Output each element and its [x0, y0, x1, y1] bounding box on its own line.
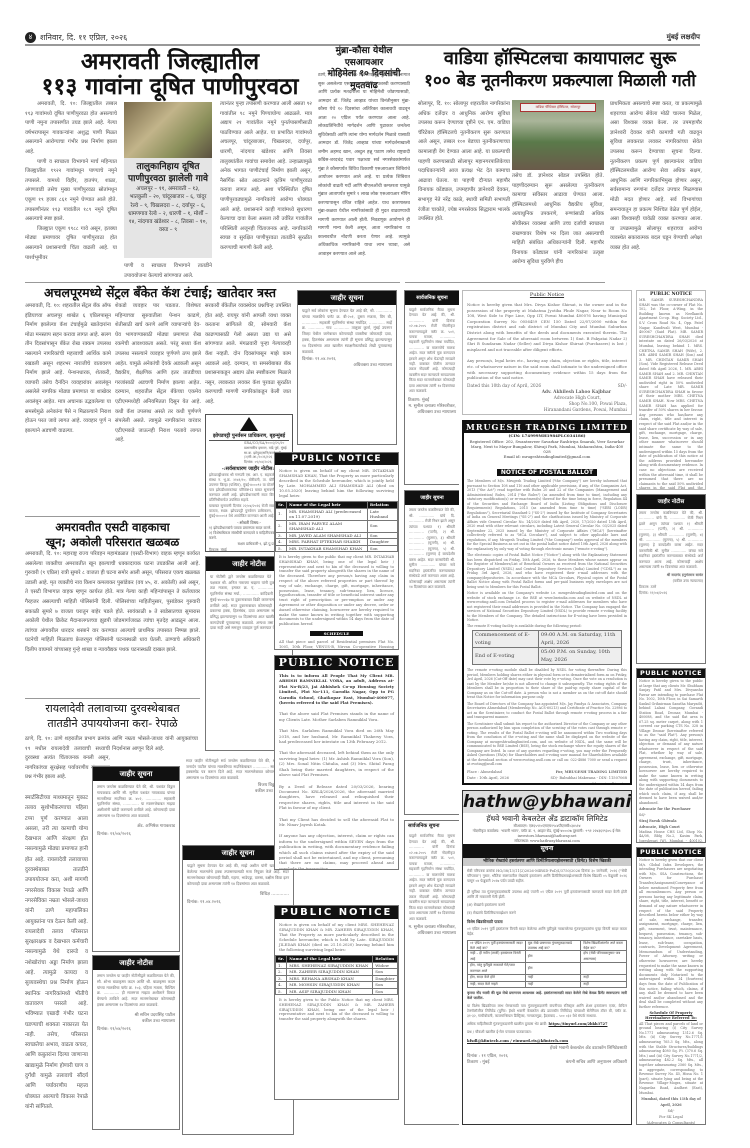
notice-title: जाहीर सूचना [93, 767, 179, 781]
lead-col1: अमरावती, दि. १०: जिल्ह्यातील तब्बल ११३ ग… [25, 100, 117, 275]
notice-title: PUBLIC NOTICE [637, 669, 705, 678]
notice-body: Notice is hereby given to the public at … [637, 678, 705, 806]
hathway-para: या विशेष खिडकीच्या लाभ घेण्यासाठी पात्र … [463, 1004, 631, 1022]
table-row: 2.MR. ZAHEER SIRAJUDDIN KHANSon [276, 969, 398, 976]
table-row: 5.MR. INTAKHAB SHAMSHAD KHANSon [276, 545, 398, 552]
hospital-photo: वाडिया चॅरिटेबल हॉस्पिटल, सोलापूर [512, 100, 604, 170]
jahir-notice-right: जाहीर नोटीस तमाम जनतेस कळविण्यात येते की… [636, 494, 706, 664]
caption-body: अचलपूर – ११, अमरावती – १३, भातकुली – २०,… [127, 185, 209, 235]
evoting-period-table: Commencement of E-voting09:00 A.M. on Sa… [472, 630, 622, 665]
hospital-signboard: वाडिया चॅरिटेबल हॉस्पिटल, सोलापूर [520, 103, 596, 112]
jahir-suchana-col5-bottom: जाहीर सूचना तमाम जनतेस कळविण्यात येते की… [404, 490, 459, 815]
mrugesh-postal-ballot: MRUGESH TRADING LIMITED (CIN: L74999MH19… [462, 420, 632, 785]
page-date: शनिवार, दि. ११ एप्रिल, २०२६ [40, 32, 127, 43]
notice-body: याद्वारे सार्वजनिक रीत्या सूचना देण्यात … [405, 831, 459, 925]
notice-body: याद्वारे सार्वजनिक रीत्या सूचना देण्यात … [405, 305, 459, 398]
table-row: 4.MR. MOHSIN SIRAJUDDIN KHANSon [276, 982, 398, 989]
hathway-option: (अ) रोख्यांचे हस्तांतरण करणे [463, 903, 631, 911]
schedule-title: Schedule Of Property Hereinabove Referre… [637, 1011, 705, 1021]
mumbra-headline-line1: मुंब्रा-कौसा येथील एसआयआर [318, 46, 410, 69]
notice-body: तमाम जनतेस या जाहीर नोटीसीद्वारे कळविण्य… [93, 970, 179, 1011]
notice-body: It is hereby given to the Public Notice … [275, 995, 398, 1025]
notice-signatory: विधिज्ञ ............. [183, 890, 293, 900]
caption-title: तालुकानिहाय दूषित पाणीपुरवठा झालेली गावे [127, 161, 209, 185]
hathway-notice: hathw@ybhawani हॅथवे भवानी केबलटेल अँड ड… [462, 790, 632, 1125]
achalpur-col1: अमरावती, दि. १०: शहरातील सेंट्रल बँक ऑफ … [25, 302, 111, 494]
postal-ballot-title-wrap: NOTICE OF POSTAL BALLOT [464, 459, 630, 478]
notice-title: PUBLIC NOTICE [637, 291, 705, 298]
notice-title: जाहीर नोटीस [637, 495, 705, 509]
hathway-footer: दिनांक : ११ एप्रिल, २०२६ ठिकाण : मुंबई क… [463, 1052, 631, 1068]
table-row: End of E-voting05:00 P.M. on Sunday, 10t… [473, 648, 622, 665]
notice-body: याद्वारे सर्व लोकांना सूचना देण्यात येत … [298, 305, 396, 357]
table-row: 5.MR. ASIF SIRAJUDDIN KHANSon [276, 988, 398, 995]
rayladevi-body: स्मार्टसिटीच्या माध्यमातून मुकाट तलाव सु… [25, 793, 88, 1133]
hathway-para: कृपया नोंद घ्यावी की मूळ रोखे प्रमाणपत्र… [463, 988, 631, 1004]
notice-signatory: अधिवक्ता उच्च न्यायालय [298, 363, 396, 369]
notice-date: दिनांक: ११/०४/२०२६ [93, 832, 179, 838]
achalpur-col3: सरकारी बँकेतील व्यवस्थेवर प्रश्नचिन्ह उप… [205, 302, 291, 412]
ballot-period-intro: The remote E-voting facility is availabl… [464, 624, 630, 629]
achalpur-col2: शेकडो व्यवहार पार पडतात. विशेषतः महिन्या… [115, 302, 201, 494]
jahir-suchana-left: जाहीर सूचना तमाम जनतेस कळविण्यात येते की… [92, 766, 180, 952]
lead-headline-line1: अमरावती जिल्ह्यातील [25, 50, 315, 75]
notice-address: Madina House CHS Ltd, Shop No. 4A/08, Bl… [637, 830, 705, 843]
notice-para: Notice is hereby given that Mrs. Divya K… [463, 299, 631, 355]
hathway-option: (ब) रोख्यांचे डिमॅटेरियलायझेशन करणे [463, 911, 631, 919]
notice-para: By a Deed of Release dated 20/03/2026, b… [275, 781, 398, 814]
rayladevi-headline-line2: तातडीने उपाययोजना करा- रेपाळे [25, 716, 200, 731]
table-row: 1.MR. SHAMSHAD ALI (predeceased on 11.07… [276, 508, 398, 520]
notice-body: तमाम जनतेस कळविण्यात येते की, श्री. ....… [637, 509, 705, 572]
notice-title: PUBLIC NOTICE [637, 848, 705, 857]
rayladevi-headline: रायलादेवी तलावाच्या दुरवस्थेबाबत तातडीने… [25, 701, 200, 731]
notice-signatory: श्री सचिन उदयसिंह पाटील वकील उच्च न्याया… [93, 1011, 179, 1027]
schedule-title: SCHEDULE [310, 631, 363, 636]
public-notice-vora: PUBLIC NOTICE This is to inform All Peop… [274, 655, 399, 870]
jahir-notice-left-bottom: जाहीर नोटीस तमाम जनतेस या जाहीर नोटीसीद्… [92, 955, 180, 1130]
wadia-col1: सोलापूर, दि. १०: सोलापूर शहरातील नागरिका… [418, 100, 510, 278]
notice-signatory: म. सुनील दत्तात्रय मोरेश्वरीकर, अधिवक्ता… [405, 404, 459, 416]
hathway-subtitle: भौतिक रोख्यांचे हस्तांतरण आणि डिमॅटेरियल… [463, 858, 631, 866]
divider [25, 282, 400, 283]
hathway-logo: hathw@ybhawani [463, 791, 631, 813]
table-row: Commencement of E-voting09:00 A.M. on Sa… [473, 631, 622, 648]
public-notice-shirsat: Public Notice Notice is hereby given tha… [462, 290, 632, 415]
edition-name: मुंबई लक्षदीप [667, 33, 700, 42]
notice-date: दिनांक: ११/०४/२०२६ [637, 590, 705, 596]
notice-para: This is to inform All People That My Cli… [275, 670, 398, 708]
notice-para: That the above said Flat Premises stands… [275, 708, 398, 725]
water-sample-photo [124, 102, 212, 158]
notice-title: PUBLIC NOTICE [275, 453, 398, 465]
wadia-headline: वाडिया हॉस्पिटलचा कायापालट सुरू १०० बेड … [410, 48, 710, 92]
ballot-designation: Managing Director [551, 781, 628, 786]
ballot-para: The Scrutinizer shall submit his report … [464, 721, 630, 768]
lead-para: पाणी व स्वच्छता विभागाने मार्च महिन्यात … [25, 158, 117, 225]
sra-emblem-icon [240, 417, 258, 431]
jahir-suchana-col5: सार्वजनिक सूचना याद्वारे सार्वजनिक रीत्य… [404, 290, 459, 485]
public-notice-sk-legal: PUBLIC NOTICE Notice is hereby given tha… [636, 847, 706, 1125]
jahir-suchana-1: जाहीर सूचना याद्वारे सर्व लोकांना सूचना … [297, 290, 397, 445]
table-row: 2.MR. IRAM PARVEZ ALAM SHAMSHAD ALISon [276, 520, 398, 532]
ballot-para: The electronic copies of Postal Ballot N… [464, 552, 630, 590]
notice-signatory: ॲड. अभिषेक गायकवाड [93, 822, 179, 832]
notice-sd: SD/- [618, 384, 627, 390]
table-row: 3.MRS. REHANA ARSHAD KHANDaughter [276, 975, 398, 982]
notice-body: Notice is hereby given that our client M… [637, 857, 705, 1011]
notice-intro: Notice is given on behalf of my client M… [275, 919, 398, 955]
masthead: ४ शनिवार, दि. ११ एप्रिल, २०२६ मुंबई लक्ष… [25, 30, 700, 44]
ballot-para: The remote e-voting module shall be disa… [464, 667, 630, 701]
hathway-eligibility-title: विशेष खिडकीसाठी पात्रता [463, 919, 631, 927]
sra-org: झोपडपट्टी पुनर्वसन प्राधिकरण, बृहन्मुंबई [209, 433, 289, 441]
table-row: 1.MRS. SHEHENAZ SIRAJUDDIN KHANWidow [276, 962, 398, 969]
table-header: ०१ एप्रिल २०१९ पूर्वी हस्तांतरणासाठी साद… [468, 941, 526, 951]
table-header: मूळ रोखे प्रमाणपत्र गुंतवणूकदाराकडे उपलब… [525, 941, 581, 951]
lead-col3: त्यानंतर पुन्हा तपासणी करण्यात आली असता … [220, 100, 312, 277]
public-notice-shah: PUBLIC NOTICE MR. SAMIR SURESHCHANDRA SH… [636, 290, 706, 490]
lead-headline-line2: ११३ गावांना दूषित पाणीपुरवठा [25, 75, 315, 100]
wadia-headline-line2: १०० बेड नूतनीकरण प्रकल्पाला मिळाली गती [410, 70, 710, 92]
notice-address: Shop No.100, Powai Plaza, Hiranandani Ga… [463, 402, 631, 415]
hathway-link-row: अधिक माहितीसाठी गुंतवणूकदारांनी खालील दु… [463, 1022, 631, 1030]
notice-title: PUBLIC NOTICE [275, 906, 398, 919]
hathway-eligibility-table: ०१ एप्रिल २०१९ पूर्वी हस्तांतरणासाठी साद… [467, 940, 627, 988]
rayladevi-headline-line1: रायलादेवी तलावाच्या दुरवस्थेबाबत [25, 701, 200, 716]
notice-title: जाहीर सूचना [405, 491, 459, 505]
divider [405, 282, 605, 283]
lead-photo-footer: पाणी व स्वच्छता विभागाने तातडीने उपाययोज… [124, 262, 212, 282]
notice-para: Any person/s, legal heirs etc., having a… [463, 355, 631, 383]
wadia-headline-line1: वाडिया हॉस्पिटलचा कायापालट सुरू [410, 48, 710, 70]
notice-body: तमाम जनतेस कळविण्यात येते की, श्री. ....… [405, 505, 459, 594]
notice-title: जाहीर सूचना [298, 291, 396, 305]
table-row: 4.MRS. FARHAT IFTEKHAR SHAIKHDaughter [276, 539, 398, 546]
lead-para: अमरावती, दि. १०: जिल्ह्यातील तब्बल ११३ ग… [25, 100, 117, 158]
notice-dated: Mumbai, dated this 11th day of April, 20… [637, 1096, 705, 1108]
schedule-body: All that piece and parcel of Residential… [275, 637, 398, 650]
ballot-for: For, MRUGESH TRADING LIMITED [551, 769, 628, 775]
public-notice-intakhab: PUBLIC NOTICE Notice is given on behalf … [274, 452, 399, 650]
notice-intro: Notice is given on behalf of my client M… [275, 465, 398, 501]
table-row: नाही – ही नवीन (ताजी) हस्तांतरण विनंती आ… [468, 951, 627, 963]
notice-dated: Dated this 10th day of April, 2026 [467, 384, 541, 390]
hathway-address: नोंदणीकृत कार्यालय: 'भवानी भवन', प्लॉट क… [463, 829, 631, 839]
legal-heirs-table: Sr. Name of the Legal heir Relation 1.MR… [275, 501, 398, 552]
hathway-place: ठिकाण : मुंबई [467, 1060, 508, 1066]
ballot-para: Notice is available on the Company's web… [464, 590, 630, 624]
notice-title: सार्वजनिक सूचना [405, 821, 459, 831]
notice-signatory: म. सुनील दत्तात्रय मोरेश्वरीकर, अधिवक्ता… [405, 925, 459, 937]
notice-para: That the aforesaid deceased, left behind… [275, 747, 398, 780]
hathway-bar: सूचना [463, 844, 631, 858]
legal-heirs-table: Sr. Name of the Legal heir Relation 1.MR… [275, 955, 398, 995]
sarvajanik-suchana-col5: सार्वजनिक सूचना याद्वारे सार्वजनिक रीत्य… [404, 820, 459, 1125]
notice-body: It is hereby given to the public that my… [275, 552, 398, 630]
wadia-col2: तसेच डॉ. ज्ञानेश्वर सोडल उपस्थित होते. प… [512, 172, 604, 278]
ballot-footer: Place : Ahmedabad Date : 10th April, 202… [464, 768, 630, 786]
hathway-signatory: कंपनी सचिव आणि अनुपालन अधिकारी [566, 1060, 627, 1066]
page-number: ४ [25, 32, 36, 43]
postal-ballot-title: NOTICE OF POSTAL BALLOT [497, 469, 597, 476]
st-headline: अमरावतीत एसटी वाहकाचा खून; अकोली परिसरात… [25, 520, 200, 550]
mumbra-body: ठाणे, दि. १०: गेल्या १० दिवसांपासून मुंब… [318, 72, 410, 282]
hathway-email-intro: प्रश्न / चौकशी खालील ई-मेल पत्त्यावर पाठ… [463, 1030, 631, 1038]
photo-caption: तालुकानिहाय दूषित पाणीपुरवठा झालेली गावे… [124, 158, 212, 258]
ballot-para: The Board of Directors of the Company ha… [464, 701, 630, 721]
table-row: नाही, सादर केले नव्हतेनाहीनाही [468, 981, 627, 988]
notice-title: Public Notice [463, 291, 631, 299]
schedule-body: All That pieces and parcels of land or g… [637, 1021, 705, 1097]
st-headline-line2: खून; अकोली परिसरात खळबळ [25, 535, 200, 550]
notice-title: PUBLIC NOTICE [275, 656, 398, 670]
lead-headline: अमरावती जिल्ह्यातील ११३ गावांना दूषित पा… [25, 50, 315, 101]
table-row: होय, परंतु त्रुटींमुळे नाकारले गेले/परत … [468, 963, 627, 975]
hathway-link[interactable]: https://tinyurl.com/2bkb3727 [548, 1022, 607, 1026]
notice-title: सार्वजनिक सूचना [405, 291, 459, 305]
table-header: विशेष खिडकीअंतर्गत अर्ज करता येईल का? [581, 941, 627, 951]
public-notice-patil: PUBLIC NOTICE Notice is hereby given to … [636, 668, 706, 843]
achalpur-headline: अचलपूरमध्ये सेंट्रल बँकेत कॅश टंचाई; खात… [25, 286, 295, 300]
hathway-email-link[interactable]: kfsdl@kfintech.com / einward.ris@kfintec… [463, 1038, 631, 1046]
notice-body: तमाम जनतेस कळविण्यात येते की, श्री. यशवं… [93, 781, 179, 822]
hathway-link-intro: अधिक माहितीसाठी गुंतवणूकदारांनी खालील दु… [467, 1022, 547, 1026]
company-address: Registered Office: 202, Swantraveer Sava… [464, 439, 630, 454]
divider [25, 516, 200, 517]
divider [25, 698, 200, 699]
table-header: Relation [373, 956, 398, 963]
hathway-company: हॅथवे भवानी केबलटेल अँड डाटाकॉम लिमिटेड [463, 813, 631, 824]
hathway-para: सेबी परिपत्रक क्रमांक HO/38/13/11(2)2026… [463, 866, 631, 887]
wadia-col3: प्राथमिकता असल्याचे स्पष्ट करत, या प्रकल… [610, 100, 702, 272]
ballot-signatory: SD/- Babubhai Makwana - DIN: 11507068 [551, 775, 628, 781]
st-body: अमरावती, दि. १०: महाराष्ट्र राज्य परिवहन… [25, 550, 200, 666]
company-name: MRUGESH TRADING LIMITED [464, 422, 630, 433]
notice-role: (Advocates & Consultants) [637, 1120, 705, 1125]
hathway-eligibility: ०१ एप्रिल २०१९ पूर्वी हस्तांतरण विनंती स… [463, 927, 631, 940]
notice-para: That Mrs. Sarlaben Ramniklal Vora died o… [275, 725, 398, 747]
hathway-para: ही सुविधा त्या गुंतवणूकदारांसाठी उपलब्ध … [463, 887, 631, 903]
notice-body: MR. SAMIR SURESHCHANDRA SHAH was the co-… [637, 298, 705, 490]
ballot-date: Date : 10th April, 2026 [467, 775, 509, 781]
public-notice-khan: PUBLIC NOTICE Notice is given on behalf … [274, 905, 399, 1100]
ballot-para: The Members of M/s. Mrugesh Trading Limi… [464, 478, 630, 552]
st-headline-line1: अमरावतीत एसटी वाहकाचा [25, 520, 200, 535]
lead-para: जिल्ह्यात एकूण १९८८ गावे असून, इतक्या मो… [25, 225, 117, 263]
notice-para: That my Client has decided to sell the a… [275, 814, 398, 831]
notice-title: जाहीर नोटीस [93, 956, 179, 970]
notice-para: If anyone has any objection, interest, c… [275, 830, 398, 870]
notice-date: दिनांक: ११/०४/२०२६ [93, 1027, 179, 1033]
